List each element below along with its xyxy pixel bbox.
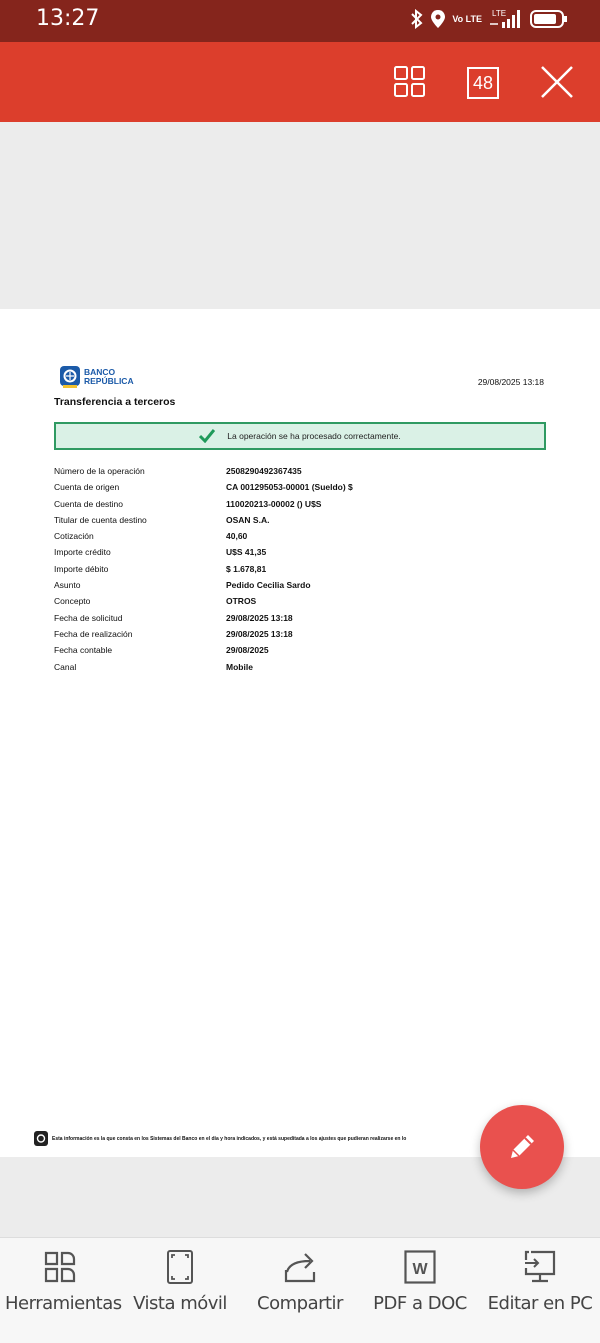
detail-row: Fecha de solicitud29/08/2025 13:18: [54, 613, 353, 629]
detail-value: CA 001295053-00001 (Sueldo) $: [226, 482, 353, 498]
mobile-view-icon: [166, 1250, 194, 1284]
detail-value: Mobile: [226, 662, 253, 678]
volte-icon: Vo LTE: [452, 15, 482, 24]
detail-label: Número de la operación: [54, 466, 226, 482]
detail-label: Importe crédito: [54, 547, 226, 563]
detail-value: Pedido Cecilia Sardo: [226, 580, 311, 596]
tools-icon: [43, 1250, 77, 1284]
document-title: Transferencia a terceros: [54, 396, 175, 408]
edit-on-pc-icon: [523, 1250, 557, 1284]
detail-label: Canal: [54, 662, 226, 678]
detail-label: Concepto: [54, 596, 226, 612]
document-page: BANCO REPÚBLICA 29/08/2025 13:18 Transfe…: [0, 309, 600, 1157]
detail-value: U$S 41,35: [226, 547, 266, 563]
detail-value: 29/08/2025: [226, 645, 269, 661]
grid-view-icon[interactable]: [392, 64, 428, 100]
bluetooth-icon: [410, 9, 424, 29]
svg-text:LTE: LTE: [492, 9, 506, 18]
tool-label: Editar en PC: [488, 1290, 593, 1318]
detail-label: Fecha de solicitud: [54, 613, 226, 629]
close-icon[interactable]: [539, 64, 575, 100]
detail-value: $ 1.678,81: [226, 564, 266, 580]
details-table: Número de la operación2508290492367435Cu…: [54, 466, 353, 678]
detail-label: Importe débito: [54, 564, 226, 580]
detail-row: AsuntoPedido Cecilia Sardo: [54, 580, 353, 596]
footer-note-text: Esta información es la que consta en los…: [52, 1136, 406, 1142]
detail-value: 110020213-00002 () U$S: [226, 499, 321, 515]
document-viewer[interactable]: BANCO REPÚBLICA 29/08/2025 13:18 Transfe…: [0, 122, 600, 1237]
success-banner: La operación se ha procesado correctamen…: [54, 422, 546, 450]
detail-label: Fecha de realización: [54, 629, 226, 645]
detail-row: ConceptoOTROS: [54, 596, 353, 612]
lte-signal-icon: LTE: [488, 8, 524, 30]
tool-label: Vista móvil: [133, 1290, 227, 1318]
status-icons: Vo LTE LTE: [410, 8, 568, 30]
bank-logo: BANCO REPÚBLICA: [60, 366, 134, 388]
detail-label: Fecha contable: [54, 645, 226, 661]
app-bar: 48: [0, 42, 600, 122]
tool-vista-movil[interactable]: Vista móvil: [120, 1238, 240, 1343]
tool-label: Compartir: [257, 1290, 343, 1318]
footer-note: Esta información es la que consta en los…: [34, 1131, 504, 1146]
success-message: La operación se ha procesado correctamen…: [227, 431, 400, 441]
bank-logo-icon: [60, 366, 80, 388]
bank-logo-small-icon: [34, 1131, 48, 1146]
detail-label: Asunto: [54, 580, 226, 596]
tool-editar-en-pc[interactable]: Editar en PC: [480, 1238, 600, 1343]
detail-row: Cuenta de origenCA 001295053-00001 (Suel…: [54, 482, 353, 498]
detail-label: Titular de cuenta destino: [54, 515, 226, 531]
checkmark-icon: [199, 429, 215, 443]
tool-label: PDF a DOC: [373, 1290, 467, 1318]
detail-row: CanalMobile: [54, 662, 353, 678]
bank-name-line2: REPÚBLICA: [84, 377, 134, 386]
status-time: 13:27: [36, 6, 99, 31]
detail-value: 2508290492367435: [226, 466, 302, 482]
tool-herramientas[interactable]: Herramientas: [0, 1238, 120, 1343]
bottom-toolbar: Herramientas Vista móvil Compartir W PDF…: [0, 1237, 600, 1343]
detail-row: Cuenta de destino110020213-00002 () U$S: [54, 499, 353, 515]
edit-fab-button[interactable]: [480, 1105, 564, 1189]
detail-value: 40,60: [226, 531, 247, 547]
detail-label: Cuenta de origen: [54, 482, 226, 498]
detail-row: Cotización40,60: [54, 531, 353, 547]
location-icon: [430, 9, 446, 29]
detail-row: Titular de cuenta destinoOSAN S.A.: [54, 515, 353, 531]
page-count-button[interactable]: 48: [467, 67, 499, 99]
detail-value: 29/08/2025 13:18: [226, 629, 293, 645]
detail-row: Número de la operación2508290492367435: [54, 466, 353, 482]
pencil-icon: [504, 1129, 540, 1165]
detail-label: Cotización: [54, 531, 226, 547]
tool-pdf-a-doc[interactable]: W PDF a DOC: [360, 1238, 480, 1343]
detail-row: Fecha contable29/08/2025: [54, 645, 353, 661]
detail-value: 29/08/2025 13:18: [226, 613, 293, 629]
word-doc-icon: W: [404, 1250, 436, 1284]
tool-compartir[interactable]: Compartir: [240, 1238, 360, 1343]
detail-row: Importe créditoU$S 41,35: [54, 547, 353, 563]
battery-icon: [530, 9, 568, 29]
detail-label: Cuenta de destino: [54, 499, 226, 515]
tool-label: Herramientas: [5, 1290, 115, 1318]
svg-text:W: W: [412, 1261, 428, 1278]
detail-value: OTROS: [226, 596, 256, 612]
detail-row: Importe débito$ 1.678,81: [54, 564, 353, 580]
detail-value: OSAN S.A.: [226, 515, 269, 531]
document-date: 29/08/2025 13:18: [478, 377, 544, 387]
detail-row: Fecha de realización29/08/2025 13:18: [54, 629, 353, 645]
share-icon: [283, 1250, 317, 1284]
status-bar: 13:27 Vo LTE LTE: [0, 0, 600, 42]
